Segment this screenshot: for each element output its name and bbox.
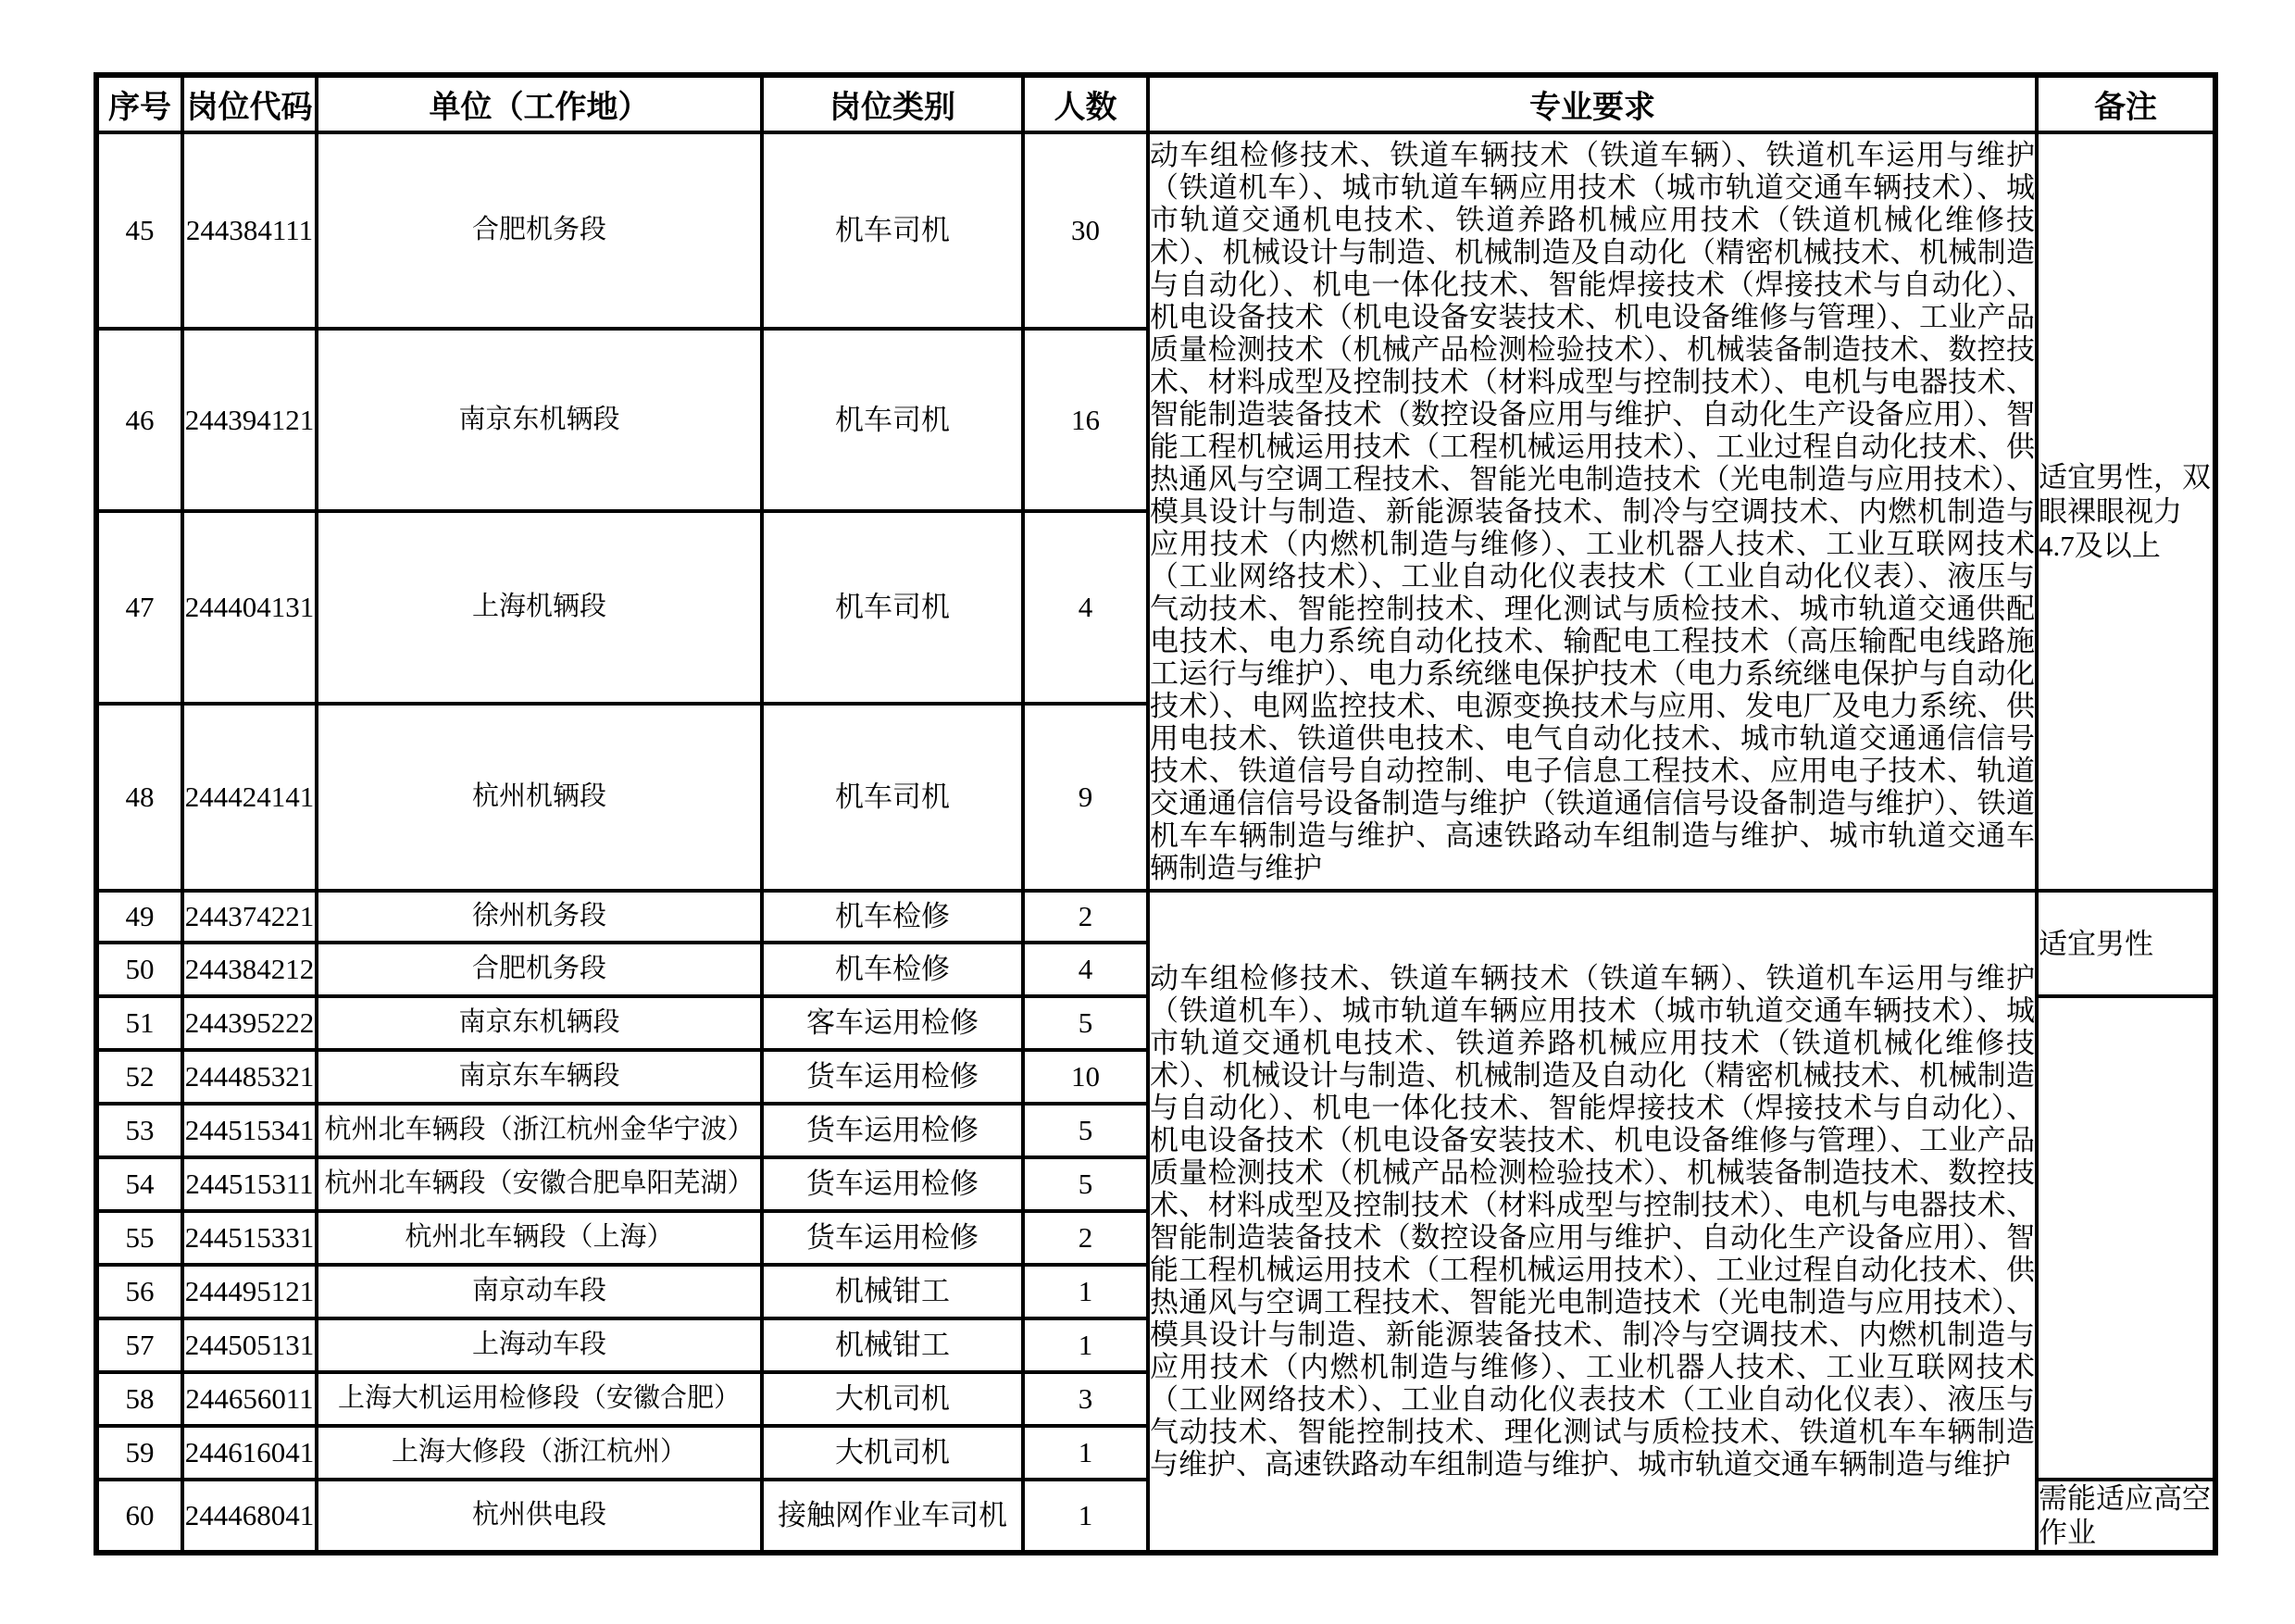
row-no: 52 [96,1050,182,1104]
row-no: 50 [96,943,182,996]
row-category: 机车司机 [762,132,1023,329]
row-count: 5 [1023,1157,1148,1211]
row-code: 244485321 [182,1050,317,1104]
remark-row-60: 需能适应高空作业 [2037,1480,2215,1553]
remark-rows-45-48: 适宜男性，双眼裸眼视力4.7及以上 [2037,132,2215,891]
row-category: 机械钳工 [762,1265,1023,1318]
row-code: 244384212 [182,943,317,996]
row-count: 2 [1023,1211,1148,1265]
header-unit: 单位（工作地） [317,75,762,132]
row-no: 58 [96,1372,182,1426]
row-category: 机车检修 [762,943,1023,996]
header-category: 岗位类别 [762,75,1023,132]
row-no: 49 [96,891,182,943]
row-category: 机车司机 [762,329,1023,511]
row-unit: 合肥机务段 [317,943,762,996]
row-code: 244394121 [182,329,317,511]
row-code: 244515331 [182,1211,317,1265]
row-no: 46 [96,329,182,511]
row-count: 5 [1023,996,1148,1050]
row-count: 5 [1023,1104,1148,1157]
row-no: 48 [96,704,182,891]
row-no: 54 [96,1157,182,1211]
table-row-49: 49 244374221 徐州机务段 机车检修 2 动车组检修技术、铁道车辆技术… [96,891,2215,943]
row-category: 机械钳工 [762,1318,1023,1372]
row-category: 大机司机 [762,1426,1023,1480]
row-category: 大机司机 [762,1372,1023,1426]
header-no: 序号 [96,75,182,132]
header-count: 人数 [1023,75,1148,132]
row-count: 1 [1023,1426,1148,1480]
row-unit: 上海大修段（浙江杭州） [317,1426,762,1480]
row-count: 16 [1023,329,1148,511]
row-unit: 徐州机务段 [317,891,762,943]
header-major: 专业要求 [1148,75,2037,132]
row-unit: 上海动车段 [317,1318,762,1372]
row-no: 53 [96,1104,182,1157]
row-category: 货车运用检修 [762,1211,1023,1265]
major-requirements-block-2: 动车组检修技术、铁道车辆技术（铁道车辆）、铁道机车运用与维护（铁道机车）、城市轨… [1148,891,2037,1553]
page: { "colors": { "border": "#000000", "back… [0,0,2295,1624]
row-unit: 南京东车辆段 [317,1050,762,1104]
row-category: 接触网作业车司机 [762,1480,1023,1553]
row-category: 客车运用检修 [762,996,1023,1050]
row-no: 47 [96,511,182,704]
row-unit: 杭州北车辆段（上海） [317,1211,762,1265]
row-no: 51 [96,996,182,1050]
row-unit: 上海大机运用检修段（安徽合肥） [317,1372,762,1426]
row-count: 4 [1023,511,1148,704]
row-count: 1 [1023,1480,1148,1553]
row-unit: 上海机辆段 [317,511,762,704]
row-category: 机车司机 [762,511,1023,704]
row-code: 244384111 [182,132,317,329]
row-count: 3 [1023,1372,1148,1426]
row-category: 货车运用检修 [762,1050,1023,1104]
row-code: 244515311 [182,1157,317,1211]
row-code: 244616041 [182,1426,317,1480]
row-code: 244505131 [182,1318,317,1372]
row-code: 244515341 [182,1104,317,1157]
row-unit: 合肥机务段 [317,132,762,329]
row-count: 4 [1023,943,1148,996]
row-count: 1 [1023,1318,1148,1372]
row-count: 1 [1023,1265,1148,1318]
row-code: 244404131 [182,511,317,704]
row-code: 244468041 [182,1480,317,1553]
remark-rows-51-59 [2037,996,2215,1480]
row-code: 244374221 [182,891,317,943]
major-requirements-block-1: 动车组检修技术、铁道车辆技术（铁道车辆）、铁道机车运用与维护（铁道机车）、城市轨… [1148,132,2037,891]
row-code: 244495121 [182,1265,317,1318]
row-unit: 杭州北车辆段（安徽合肥阜阳芜湖） [317,1157,762,1211]
header-code: 岗位代码 [182,75,317,132]
row-no: 60 [96,1480,182,1553]
row-no: 59 [96,1426,182,1480]
row-code: 244424141 [182,704,317,891]
row-code: 244656011 [182,1372,317,1426]
remark-rows-49-50: 适宜男性 [2037,891,2215,996]
row-unit: 南京东机辆段 [317,996,762,1050]
row-unit: 南京东机辆段 [317,329,762,511]
header-row: 序号 岗位代码 单位（工作地） 岗位类别 人数 专业要求 备注 [96,75,2215,132]
header-remark: 备注 [2037,75,2215,132]
row-count: 30 [1023,132,1148,329]
row-count: 2 [1023,891,1148,943]
row-category: 机车司机 [762,704,1023,891]
row-code: 244395222 [182,996,317,1050]
row-no: 45 [96,132,182,329]
row-category: 机车检修 [762,891,1023,943]
row-unit: 杭州供电段 [317,1480,762,1553]
row-category: 货车运用检修 [762,1104,1023,1157]
recruitment-table: 序号 岗位代码 单位（工作地） 岗位类别 人数 专业要求 备注 45 24438… [94,72,2218,1555]
row-no: 56 [96,1265,182,1318]
row-no: 55 [96,1211,182,1265]
row-no: 57 [96,1318,182,1372]
row-category: 货车运用检修 [762,1157,1023,1211]
row-count: 9 [1023,704,1148,891]
row-count: 10 [1023,1050,1148,1104]
row-unit: 杭州机辆段 [317,704,762,891]
row-unit: 南京动车段 [317,1265,762,1318]
table-row-45: 45 244384111 合肥机务段 机车司机 30 动车组检修技术、铁道车辆技… [96,132,2215,329]
row-unit: 杭州北车辆段（浙江杭州金华宁波） [317,1104,762,1157]
